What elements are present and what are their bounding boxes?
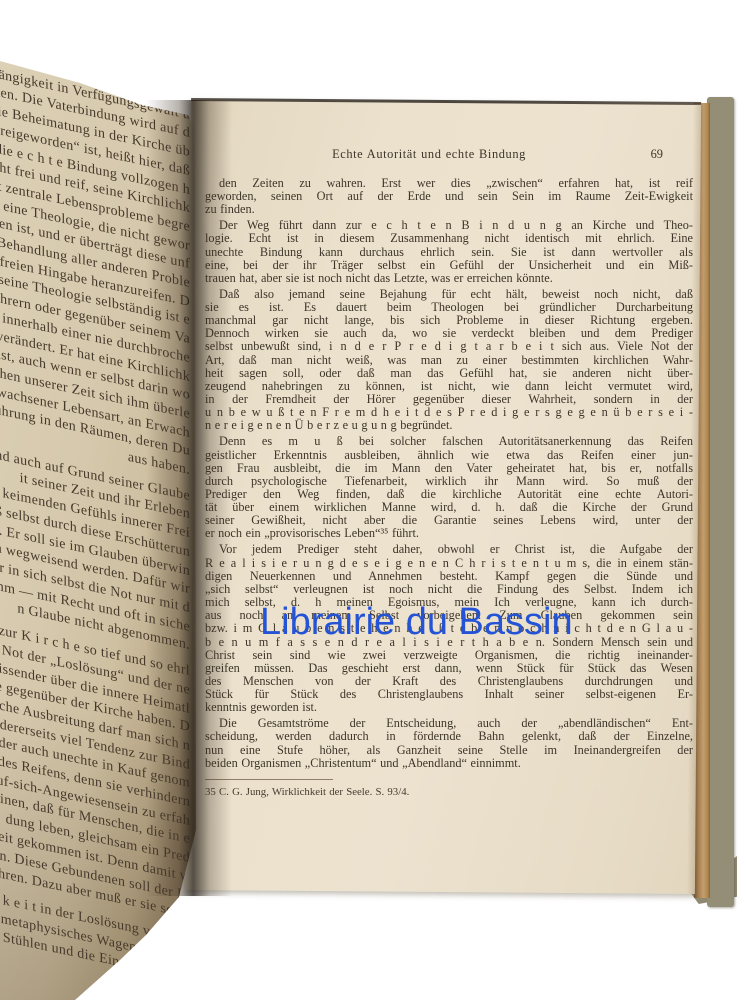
text-line: trauen hat, aber sie ist noch nicht das … [205, 272, 693, 285]
footnote-rule [205, 779, 333, 780]
text-line: logie. Echt ist in diesem Zusammenhang n… [205, 232, 693, 245]
text-line: n e r e i g e n e n Ü b e r z e u g u n … [205, 419, 693, 432]
paragraph: Der Weg führt dann zur e c h t e n B i n… [205, 219, 693, 285]
text-line: zu finden. [205, 203, 693, 216]
text-line: eine, bei der ihr Träger selbst ein Gefü… [205, 259, 693, 272]
running-header: Echte Autorität und echte Bindung 69 [205, 148, 693, 170]
watermark-text: Librairie du Bassin [260, 601, 573, 644]
paragraph: Die Gesamtströme der Entscheidung, auch … [205, 717, 693, 770]
text-line: digen Neuerkennen und Annehmen besteht. … [205, 570, 693, 583]
book-photo: Echte Autorität und echte Bindung 69 den… [0, 0, 746, 1000]
text-line: beiden Organismen „Christentum“ und „Abe… [205, 757, 693, 770]
text-line: selbst unbewußt sind, i n d e r P r e d … [205, 340, 693, 353]
left-page-body: hängigkeit in Verfügungsgewalt ueten. Di… [0, 55, 190, 988]
paragraph: den Zeiten zu wahren. Erst wer dies „zwi… [205, 177, 693, 216]
text-line: geistlicher Erkenntnis ausbleiben, ähnli… [205, 449, 693, 462]
right-page-text: Echte Autorität und echte Bindung 69 den… [205, 148, 693, 799]
book-cover-edge [707, 97, 734, 907]
text-line: R e a l i s i e r u n g d e s e i g e n … [205, 557, 693, 570]
text-line: durch psychologische Tiefenarbeit, wirkl… [205, 475, 693, 488]
running-header-title: Echte Autorität und echte Bindung [205, 148, 653, 161]
paragraph: Denn es m u ß bei solcher falschen Autor… [205, 435, 693, 540]
paragraph: Daß also jemand seine Bejahung für echt … [205, 288, 693, 433]
text-line: Art, daß man nicht weiß, was man zu eine… [205, 354, 693, 367]
footnote-text: 35 C. G. Jung, Wirklichkeit der Seele. S… [205, 786, 693, 799]
text-line: er noch ein „provisorisches Leben“³⁵ füh… [205, 527, 693, 540]
text-line: Vor jedem Prediger steht daher, obwohl e… [205, 543, 693, 556]
page-number: 69 [651, 148, 663, 161]
text-line: Denn es m u ß bei solcher falschen Autor… [205, 435, 693, 448]
text-line: scheidung, werden dadurch in fördernde B… [205, 730, 693, 743]
text-line: nun eine Stufe höher, als Ganzheit seine… [205, 744, 693, 757]
text-line: Christ sein sind wie zwei verzweigte Org… [205, 649, 693, 662]
text-line: greifen müssen. Das geschieht erst dann,… [205, 662, 693, 675]
text-line: unechte Bindung kann durchaus ehrlich se… [205, 246, 693, 259]
left-page: ubjektes für die Predigt hängigkeit in V… [0, 55, 200, 1000]
text-line: gen Frau ausbleibt, die im Mann den Vate… [205, 462, 693, 475]
text-line: geworden, seinen Ort auf der Erde und se… [205, 190, 693, 203]
text-line: heit sagen soll, oder daß man das Gefühl… [205, 367, 693, 380]
text-line: kenntnis geworden ist. [205, 701, 693, 714]
footnote: 35 C. G. Jung, Wirklichkeit der Seele. S… [205, 779, 693, 799]
left-page-text: ubjektes für die Predigt hängigkeit in V… [0, 55, 190, 988]
right-page-body: den Zeiten zu wahren. Erst wer dies „zwi… [205, 177, 693, 770]
